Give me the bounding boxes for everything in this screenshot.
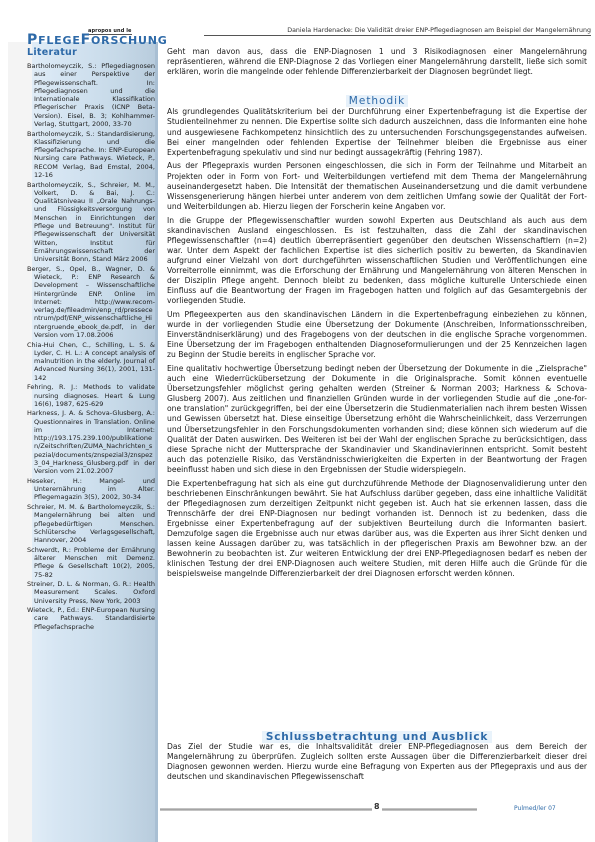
body-paragraph: Als grundlegendes Qualitätskriterium bei… <box>167 107 587 157</box>
literature-heading: Literatur <box>27 47 77 58</box>
reference-item: Bartholomeyczik, S.: Standardisierung, K… <box>27 130 155 180</box>
body-paragraph: Die Expertenbefragung hat sich als eine … <box>167 479 587 580</box>
reference-item: Bartholomeyczik, S., Schreier, M. M., Vo… <box>27 181 155 264</box>
reference-item: Heseker, H.: Mangel- und Unterernährung … <box>27 477 155 502</box>
reference-list: Bartholomeyczik, S.: Pflegediagnosen aus… <box>27 62 155 632</box>
running-header: Daniela Hardenacke: Die Validität dreier… <box>204 27 591 36</box>
reference-item: Fehring, R. J.: Methods to validate nurs… <box>27 383 155 408</box>
intro-paragraph: Geht man davon aus, dass die ENP-Diagnos… <box>167 47 587 77</box>
reference-item: Harkness, J. A. & Schova-Glusberg, A.: Q… <box>27 409 155 475</box>
reference-item: Streiner, D. L. & Norman, G. R.: Health … <box>27 580 155 605</box>
body-paragraph: Aus der Pflegepraxis wurden Personen ein… <box>167 161 587 211</box>
main-column: Geht man davon aus, dass die ENP-Diagnos… <box>167 47 587 583</box>
section-schlussbetrachtung: Schlussbetrachtung und Ausblick Das Ziel… <box>167 732 587 782</box>
body-paragraph: Das Ziel der Studie war es, die Inhaltsv… <box>167 742 587 782</box>
reference-item: Schreier, M. M. & Bartholomeyczik, S.: M… <box>27 503 155 544</box>
page-number: 8 <box>374 802 380 811</box>
reference-item: Bartholomeyczik, S.: Pflegediagnosen aus… <box>27 62 155 128</box>
footer-rule-right <box>382 808 477 811</box>
reference-item: Chia-Hui Chen, C., Schilling, L. S. & Ly… <box>27 341 155 382</box>
reference-item: Schwerdt, R.: Probleme der Ernährung ält… <box>27 546 155 579</box>
section-heading-methodik: Methodik <box>167 96 587 106</box>
reference-item: Wieteck, P., Ed.: ENP-European Nursing c… <box>27 606 155 631</box>
brand-title: PFLEGEFORSCHUNG <box>27 32 168 48</box>
section-heading-schluss: Schlussbetrachtung und Ausblick <box>167 732 587 742</box>
footer-rule-left <box>160 808 372 811</box>
body-paragraph: In die Gruppe der Pflegewissenschaftler … <box>167 216 587 307</box>
body-paragraph: Um Pflegeexperten aus den skandinavische… <box>167 310 587 360</box>
footer-issue-label: Pulmed/ler 07 <box>514 805 556 812</box>
reference-item: Berger, S., Opel, B., Wagner, D. & Wiete… <box>27 265 155 340</box>
sidebar-edge <box>155 42 158 842</box>
journal-brand: apropos und le PFLEGEFORSCHUNG <box>27 28 167 48</box>
body-paragraph: Eine qualitativ hochwertige Übersetzung … <box>167 364 587 475</box>
